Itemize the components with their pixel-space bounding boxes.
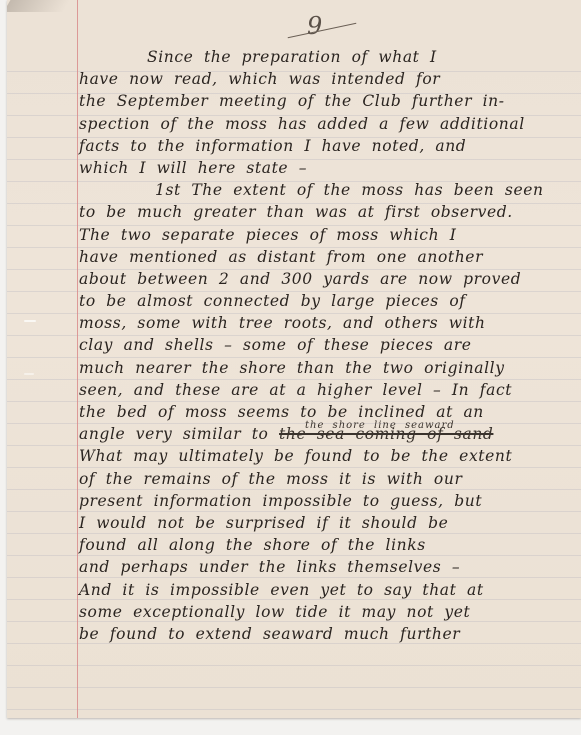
text-line: of the remains of the moss it is with ou… bbox=[79, 468, 579, 490]
text-line: to be much greater than was at first obs… bbox=[79, 201, 579, 223]
red-margin-line bbox=[77, 0, 78, 718]
text-line: clay and shells – some of these pieces a… bbox=[79, 334, 579, 356]
text-line: 1st The extent of the moss has been seen bbox=[79, 179, 579, 201]
handwritten-text: Since the preparation of what I have now… bbox=[79, 46, 579, 645]
text-line: be found to extend seaward much further bbox=[79, 623, 579, 645]
text-line: What may ultimately be found to be the e… bbox=[79, 445, 579, 467]
text-line: facts to the information I have noted, a… bbox=[79, 135, 579, 157]
text-fragment: angle very similar to bbox=[79, 425, 269, 443]
text-line: moss, some with tree roots, and others w… bbox=[79, 312, 579, 334]
text-line: and perhaps under the links themselves – bbox=[79, 556, 579, 578]
text-line: The two separate pieces of moss which I bbox=[79, 224, 579, 246]
paper-crease bbox=[24, 320, 36, 322]
text-line: I would not be surprised if it should be bbox=[79, 512, 579, 534]
text-line: which I will here state – bbox=[79, 157, 579, 179]
text-line: found all along the shore of the links bbox=[79, 534, 579, 556]
text-line: much nearer the shore than the two origi… bbox=[79, 357, 579, 379]
text-line: Since the preparation of what I bbox=[79, 46, 579, 68]
text-line: seen, and these are at a higher level – … bbox=[79, 379, 579, 401]
text-line: some exceptionally low tide it may not y… bbox=[79, 601, 579, 623]
text-line: present information impossible to guess,… bbox=[79, 490, 579, 512]
paper-crease bbox=[24, 373, 34, 375]
text-line: have now read, which was intended for bbox=[79, 68, 579, 90]
text-line: to be almost connected by large pieces o… bbox=[79, 290, 579, 312]
text-line: about between 2 and 300 yards are now pr… bbox=[79, 268, 579, 290]
text-line: the September meeting of the Club furthe… bbox=[79, 90, 579, 112]
page-number: 9 bbox=[307, 12, 322, 40]
text-line: have mentioned as distant from one anoth… bbox=[79, 246, 579, 268]
interlinear-insertion: the shore line seaward bbox=[305, 420, 455, 431]
corner-fold bbox=[7, 0, 70, 12]
text-line: spection of the moss has added a few add… bbox=[79, 113, 579, 135]
text-line: And it is impossible even yet to say tha… bbox=[79, 579, 579, 601]
manuscript-page: 9 Since the preparation of what I have n… bbox=[7, 0, 581, 718]
